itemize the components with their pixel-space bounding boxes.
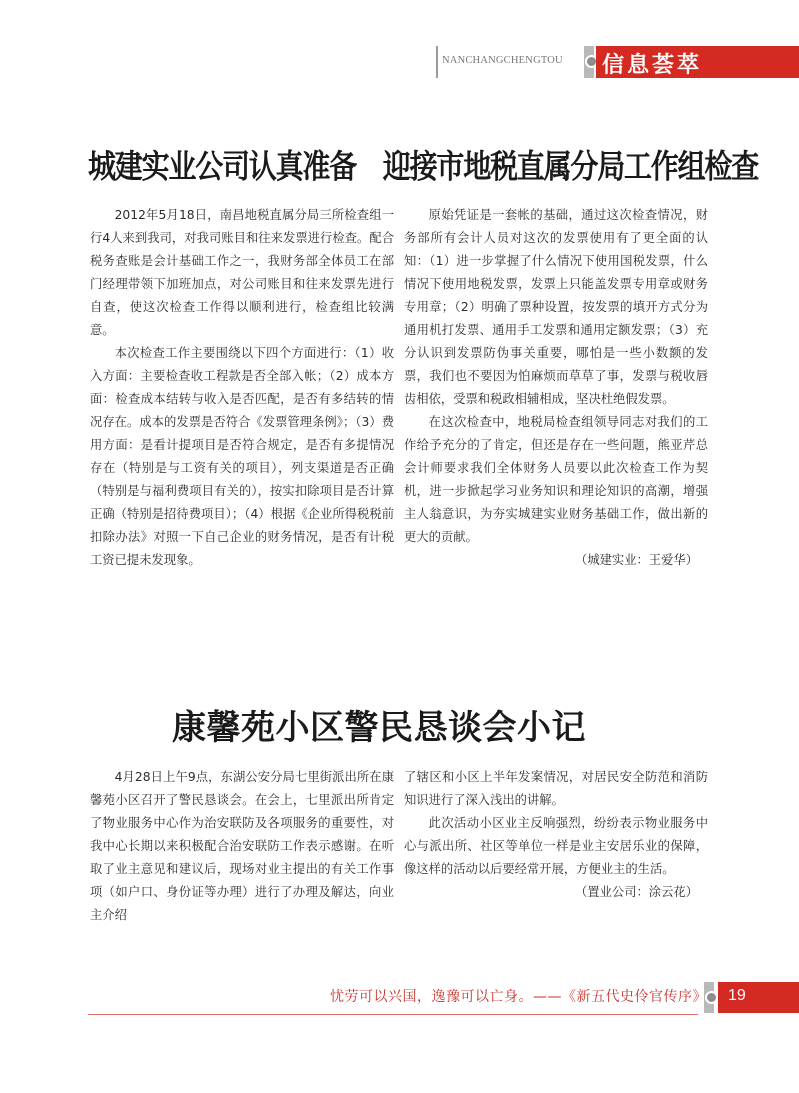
- page-number: 19: [728, 987, 746, 1005]
- paragraph: 原始凭证是一套帐的基础，通过这次检查情况，财务部所有会计人员对这次的发票使用有了…: [404, 204, 708, 411]
- article-1-column-left: 2012年5月18日，南昌地税直属分局三所检查组一行4人来到我司，对我司账目和往…: [90, 204, 394, 572]
- article-2-column-right: 了辖区和小区上半年发案情况，对居民安全防范和消防知识进行了深入浅出的讲解。 此次…: [404, 766, 708, 904]
- footer-connector: [704, 982, 714, 1013]
- paragraph: 此次活动小区业主反响强烈，纷纷表示物业服务中心与派出所、社区等单位一样是业主安居…: [404, 812, 708, 881]
- paragraph: 在这次检查中，地税局检查组领导同志对我们的工作给予充分的了肯定，但还是存在一些问…: [404, 411, 708, 549]
- paragraph: 本次检查工作主要围绕以下四个方面进行：（1）收入方面：主要检查收工程款是否全部入…: [90, 342, 394, 572]
- header-divider: [436, 46, 438, 78]
- article-1-title: 城建实业公司认真准备 迎接市地税直属分局工作组检查: [88, 142, 728, 188]
- byline: （置业公司：涂云花）: [404, 881, 708, 904]
- article-2-column-left: 4月28日上午9点，东湖公安分局七里街派出所在康馨苑小区召开了警民恳谈会。在会上…: [90, 766, 394, 927]
- brand-name: NANCHANGCHENGTOU: [442, 55, 563, 66]
- footer-divider: [88, 1014, 698, 1015]
- article-2-title: 康馨苑小区警民恳谈会小记: [172, 700, 632, 749]
- paragraph: 2012年5月18日，南昌地税直属分局三所检查组一行4人来到我司，对我司账目和往…: [90, 204, 394, 342]
- section-title: 信息荟萃: [602, 48, 702, 79]
- header-connector: [584, 46, 594, 78]
- circle-icon: [705, 991, 718, 1004]
- byline: （城建实业：王爱华）: [404, 549, 708, 572]
- page-header: NANCHANGCHENGTOU 信息荟萃: [436, 46, 799, 78]
- paragraph: 4月28日上午9点，东湖公安分局七里街派出所在康馨苑小区召开了警民恳谈会。在会上…: [90, 766, 394, 927]
- page-number-tab: 19: [704, 982, 799, 1013]
- paragraph-continuation: 了辖区和小区上半年发案情况，对居民安全防范和消防知识进行了深入浅出的讲解。: [404, 766, 708, 812]
- footer-quote: 忧劳可以兴国，逸豫可以亡身。——《新五代史伶官传序》: [330, 986, 707, 1006]
- article-1-column-right: 原始凭证是一套帐的基础，通过这次检查情况，财务部所有会计人员对这次的发票使用有了…: [404, 204, 708, 572]
